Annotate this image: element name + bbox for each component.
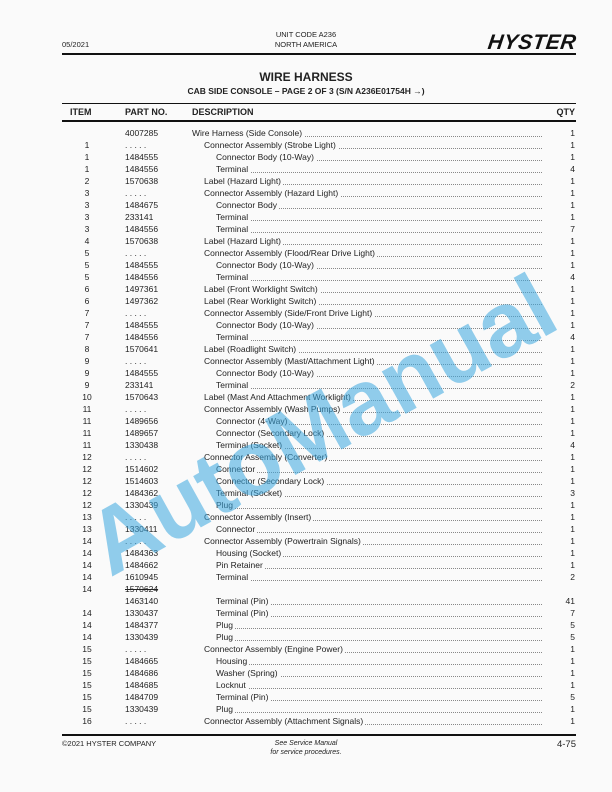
description-text: Terminal	[216, 212, 250, 222]
table-row: 141610945Terminal2	[0, 571, 612, 583]
table-row: 101570643Label (Mast And Attachment Work…	[0, 391, 612, 403]
table-row: 1. . . . .Connector Assembly (Strobe Lig…	[0, 139, 612, 151]
table-row: 11. . . . .Connector Assembly (Wash Pump…	[0, 403, 612, 415]
part-description: Connector	[216, 463, 542, 475]
table-row: 121514602Connector1	[0, 463, 612, 475]
part-number: 1484556	[125, 331, 158, 343]
item-number: 5	[62, 247, 112, 259]
table-row: 21570638Label (Hazard Light)1	[0, 175, 612, 187]
item-number: 12	[62, 463, 112, 475]
quantity: 1	[570, 523, 575, 535]
part-description: Connector Body (10-Way)	[216, 367, 542, 379]
part-description: Connector Assembly (Powertrain Signals)	[204, 535, 542, 547]
item-number: 5	[62, 259, 112, 271]
part-number: 1514603	[125, 475, 158, 487]
part-description: Connector Assembly (Insert)	[204, 511, 542, 523]
description-text: Connector Assembly (Engine Power)	[204, 644, 345, 654]
quantity: 1	[570, 235, 575, 247]
quantity: 1	[570, 175, 575, 187]
leader-dots	[216, 220, 542, 221]
item-number: 9	[62, 367, 112, 379]
part-number: 1610945	[125, 571, 158, 583]
item-number: 15	[62, 655, 112, 667]
description-text: Connector (Secondary Lock)	[216, 476, 326, 486]
part-description: Connector (Secondary Lock)	[216, 475, 542, 487]
description-text: Connector Assembly (Strobe Light)	[204, 140, 338, 150]
table-row: 71484556Terminal4	[0, 331, 612, 343]
parts-table: 4007285Wire Harness (Side Console)11. . …	[0, 127, 612, 727]
part-number: 1330439	[125, 703, 158, 715]
item-number: 14	[62, 547, 112, 559]
item-number: 9	[62, 355, 112, 367]
part-number: 1484377	[125, 619, 158, 631]
table-row: 31484556Terminal7	[0, 223, 612, 235]
part-description: Connector (4-Way)	[216, 415, 542, 427]
part-number: . . . . .	[125, 715, 146, 727]
part-description: Connector Body (10-Way)	[216, 151, 542, 163]
item-number: 1	[62, 139, 112, 151]
description-text: Terminal	[216, 572, 250, 582]
part-description: Label (Front Worklight Switch)	[204, 283, 542, 295]
leader-dots	[216, 532, 542, 533]
column-header-part-no: PART NO.	[125, 107, 167, 117]
leader-dots	[216, 580, 542, 581]
quantity: 5	[570, 631, 575, 643]
quantity: 1	[570, 655, 575, 667]
description-text: Plug	[216, 620, 235, 630]
quantity: 1	[570, 343, 575, 355]
quantity: 1	[570, 403, 575, 415]
table-row: 111489656Connector (4-Way)1	[0, 415, 612, 427]
part-number: 1330439	[125, 499, 158, 511]
description-text: Label (Rear Worklight Switch)	[204, 296, 318, 306]
part-description: Connector Assembly (Hazard Light)	[204, 187, 542, 199]
quantity: 1	[570, 127, 575, 139]
part-description: Connector Assembly (Attachment Signals)	[204, 715, 542, 727]
description-text: Washer (Spring)	[216, 668, 280, 678]
part-number: 1484685	[125, 679, 158, 691]
quantity: 1	[570, 211, 575, 223]
part-number: 1484555	[125, 319, 158, 331]
quantity: 1	[570, 415, 575, 427]
quantity: 1	[570, 475, 575, 487]
quantity: 4	[570, 163, 575, 175]
description-text: Terminal (Pin)	[216, 692, 270, 702]
footer-note: See Service Manual for service procedure…	[0, 739, 612, 757]
quantity: 1	[570, 547, 575, 559]
part-number: 1484555	[125, 367, 158, 379]
table-row: 121330439Plug1	[0, 499, 612, 511]
part-number: 1570638	[125, 235, 158, 247]
table-row: 11484555Connector Body (10-Way)1	[0, 151, 612, 163]
leader-dots	[216, 640, 542, 641]
description-text	[216, 584, 218, 594]
part-description: Locknut	[216, 679, 542, 691]
item-number: 8	[62, 343, 112, 355]
table-row: 151484686Washer (Spring)1	[0, 667, 612, 679]
quantity: 2	[570, 379, 575, 391]
part-number: 1489657	[125, 427, 158, 439]
quantity: 1	[570, 283, 575, 295]
part-number: . . . . .	[125, 307, 146, 319]
item-number: 11	[62, 439, 112, 451]
quantity: 1	[570, 427, 575, 439]
item-number: 11	[62, 403, 112, 415]
leader-dots	[216, 340, 542, 341]
part-number: . . . . .	[125, 187, 146, 199]
part-description: Terminal	[216, 571, 542, 583]
item-number: 15	[62, 643, 112, 655]
description-text: Connector Assembly (Powertrain Signals)	[204, 536, 363, 546]
description-text: Terminal	[216, 332, 250, 342]
description-text: Connector Assembly (Side/Front Drive Lig…	[204, 308, 374, 318]
description-text: Plug	[216, 704, 235, 714]
item-number: 1	[62, 151, 112, 163]
part-description: Pin Retainer	[216, 559, 542, 571]
item-number: 14	[62, 631, 112, 643]
description-text: Connector Assembly (Wash Pumps)	[204, 404, 342, 414]
part-description: Housing	[216, 655, 542, 667]
part-number: 1484665	[125, 655, 158, 667]
hyster-logo: HYSTER	[486, 31, 578, 55]
quantity: 1	[570, 247, 575, 259]
part-description: Terminal	[216, 163, 542, 175]
leader-dots	[216, 172, 542, 173]
part-number: 1463140	[125, 595, 158, 607]
table-row: 91484555Connector Body (10-Way)1	[0, 367, 612, 379]
part-description: Terminal (Pin)	[216, 691, 542, 703]
quantity: 4	[570, 331, 575, 343]
leader-dots	[216, 232, 542, 233]
item-number: 9	[62, 379, 112, 391]
quantity: 1	[570, 643, 575, 655]
description-text: Terminal	[216, 272, 250, 282]
table-row: 141330439Plug5	[0, 631, 612, 643]
table-row: 151484709Terminal (Pin)5	[0, 691, 612, 703]
description-text: Connector Assembly (Flood/Rear Drive Lig…	[204, 248, 377, 258]
part-description: Plug	[216, 499, 542, 511]
item-number: 11	[62, 427, 112, 439]
description-text: Terminal	[216, 164, 250, 174]
item-number: 7	[62, 319, 112, 331]
description-text: Label (Hazard Light)	[204, 176, 283, 186]
description-text: Terminal (Pin)	[216, 608, 270, 618]
description-text: Wire Harness (Side Console)	[192, 128, 304, 138]
part-description: Terminal	[216, 223, 542, 235]
quantity: 1	[570, 463, 575, 475]
quantity: 2	[570, 571, 575, 583]
item-number: 3	[62, 223, 112, 235]
item-number: 6	[62, 295, 112, 307]
table-row: 1463140Terminal (Pin)41	[0, 595, 612, 607]
quantity: 1	[570, 535, 575, 547]
part-description: Connector Assembly (Engine Power)	[204, 643, 542, 655]
part-number: 1484363	[125, 547, 158, 559]
description-text: Connector Body (10-Way)	[216, 368, 316, 378]
leader-dots	[216, 508, 542, 509]
table-row: 51484556Terminal4	[0, 271, 612, 283]
part-description: Label (Roadlight Switch)	[204, 343, 542, 355]
description-text: Connector Assembly (Converter)	[204, 452, 329, 462]
quantity: 1	[570, 679, 575, 691]
description-text: Connector Body	[216, 200, 279, 210]
table-row: 111489657Connector (Secondary Lock)1	[0, 427, 612, 439]
description-text: Connector (4-Way)	[216, 416, 289, 426]
quantity: 1	[570, 151, 575, 163]
footer-note-line2: for service procedures.	[0, 748, 612, 757]
part-number: 1330439	[125, 631, 158, 643]
table-row: 15. . . . .Connector Assembly (Engine Po…	[0, 643, 612, 655]
item-number: 14	[62, 583, 112, 595]
quantity: 5	[570, 691, 575, 703]
item-number: 7	[62, 331, 112, 343]
part-description: Label (Rear Worklight Switch)	[204, 295, 542, 307]
item-number: 11	[62, 415, 112, 427]
quantity: 1	[570, 559, 575, 571]
leader-dots	[216, 628, 542, 629]
description-text: Connector Body (10-Way)	[216, 260, 316, 270]
part-description: Label (Hazard Light)	[204, 175, 542, 187]
quantity: 1	[570, 355, 575, 367]
item-number: 7	[62, 307, 112, 319]
part-description: Terminal	[216, 211, 542, 223]
table-row: 11484556Terminal4	[0, 163, 612, 175]
table-row: 141330437Terminal (Pin)7	[0, 607, 612, 619]
part-number: 1497362	[125, 295, 158, 307]
leader-dots	[216, 712, 542, 713]
item-number: 16	[62, 715, 112, 727]
quantity: 1	[570, 199, 575, 211]
page-title: WIRE HARNESS	[0, 70, 612, 84]
part-description: Terminal (Pin)	[216, 595, 542, 607]
leader-dots	[216, 280, 542, 281]
quantity: 1	[570, 391, 575, 403]
part-description: Connector Assembly (Flood/Rear Drive Lig…	[204, 247, 542, 259]
table-row: 41570638Label (Hazard Light)1	[0, 235, 612, 247]
table-row: 151484685Locknut1	[0, 679, 612, 691]
part-description: Terminal	[216, 331, 542, 343]
part-number: 1570641	[125, 343, 158, 355]
table-row: 121514603Connector (Secondary Lock)1	[0, 475, 612, 487]
quantity: 1	[570, 499, 575, 511]
table-row: 121484362Terminal (Socket)3	[0, 487, 612, 499]
table-row: 31484675Connector Body1	[0, 199, 612, 211]
part-description	[216, 583, 542, 595]
part-number: 1330438	[125, 439, 158, 451]
page-subtitle: CAB SIDE CONSOLE – PAGE 2 OF 3 (S/N A236…	[0, 86, 612, 96]
leader-dots	[216, 388, 542, 389]
quantity: 1	[570, 295, 575, 307]
part-description: Connector Assembly (Mast/Attachment Ligh…	[204, 355, 542, 367]
item-number: 15	[62, 679, 112, 691]
part-number: . . . . .	[125, 355, 146, 367]
description-text: Terminal (Socket)	[216, 440, 284, 450]
part-description: Connector Assembly (Strobe Light)	[204, 139, 542, 151]
quantity: 1	[570, 667, 575, 679]
item-number: 13	[62, 511, 112, 523]
description-text: Locknut	[216, 680, 248, 690]
table-row: 141484363Housing (Socket)1	[0, 547, 612, 559]
part-number: 1514602	[125, 463, 158, 475]
quantity: 3	[570, 487, 575, 499]
leader-dots	[216, 472, 542, 473]
table-row: 141484662Pin Retainer1	[0, 559, 612, 571]
quantity: 1	[570, 367, 575, 379]
part-number: 1330411	[125, 523, 157, 535]
description-text: Connector Assembly (Mast/Attachment Ligh…	[204, 356, 377, 366]
table-row: 151330439Plug1	[0, 703, 612, 715]
quantity: 7	[570, 607, 575, 619]
column-header-item: ITEM	[70, 107, 92, 117]
table-row: 3233141Terminal1	[0, 211, 612, 223]
item-number: 3	[62, 187, 112, 199]
quantity: 5	[570, 619, 575, 631]
description-text: Plug	[216, 500, 235, 510]
table-row: 51484555Connector Body (10-Way)1	[0, 259, 612, 271]
table-row: 141570624	[0, 583, 612, 595]
part-number: 1484555	[125, 151, 158, 163]
description-text: Connector Body (10-Way)	[216, 152, 316, 162]
description-text: Housing (Socket)	[216, 548, 283, 558]
item-number: 14	[62, 571, 112, 583]
part-description: Plug	[216, 631, 542, 643]
item-number: 5	[62, 271, 112, 283]
part-number: 1484555	[125, 259, 158, 271]
table-row: 61497362Label (Rear Worklight Switch)1	[0, 295, 612, 307]
item-number: 4	[62, 235, 112, 247]
table-row: 141484377Plug5	[0, 619, 612, 631]
description-text: Label (Front Worklight Switch)	[204, 284, 320, 294]
part-number: 4007285	[125, 127, 158, 139]
part-number: 1484556	[125, 223, 158, 235]
part-description: Terminal	[216, 271, 542, 283]
quantity: 1	[570, 511, 575, 523]
table-row: 16. . . . .Connector Assembly (Attachmen…	[0, 715, 612, 727]
part-number: 1484686	[125, 667, 158, 679]
table-row: 61497361Label (Front Worklight Switch)1	[0, 283, 612, 295]
table-row: 131330411Connector1	[0, 523, 612, 535]
description-text: Pin Retainer	[216, 560, 265, 570]
table-row: 3. . . . .Connector Assembly (Hazard Lig…	[0, 187, 612, 199]
description-text: Label (Mast And Attachment Worklight)	[204, 392, 353, 402]
part-number: . . . . .	[125, 511, 146, 523]
item-number: 13	[62, 523, 112, 535]
description-text: Connector	[216, 464, 257, 474]
item-number: 14	[62, 607, 112, 619]
part-description: Terminal (Pin)	[216, 607, 542, 619]
item-number: 15	[62, 667, 112, 679]
item-number: 15	[62, 691, 112, 703]
quantity: 1	[570, 703, 575, 715]
description-text: Connector (Secondary Lock)	[216, 428, 326, 438]
table-row: 71484555Connector Body (10-Way)1	[0, 319, 612, 331]
table-header-top-rule	[62, 103, 576, 104]
part-description: Label (Hazard Light)	[204, 235, 542, 247]
part-number: 1484675	[125, 199, 158, 211]
description-text: Connector	[216, 524, 257, 534]
part-number: 233141	[125, 211, 153, 223]
description-text: Plug	[216, 632, 235, 642]
part-number: 233141	[125, 379, 153, 391]
part-description: Connector Assembly (Side/Front Drive Lig…	[204, 307, 542, 319]
part-number: 1570643	[125, 391, 158, 403]
part-description: Terminal	[216, 379, 542, 391]
item-number: 12	[62, 499, 112, 511]
description-text: Connector Assembly (Attachment Signals)	[204, 716, 365, 726]
table-row: 12. . . . .Connector Assembly (Converter…	[0, 451, 612, 463]
table-row: 151484665Housing1	[0, 655, 612, 667]
part-description: Housing (Socket)	[216, 547, 542, 559]
part-number: . . . . .	[125, 535, 146, 547]
part-description: Terminal (Socket)	[216, 487, 542, 499]
item-number: 14	[62, 535, 112, 547]
quantity: 1	[570, 715, 575, 727]
part-description: Plug	[216, 619, 542, 631]
quantity: 7	[570, 223, 575, 235]
description-text: Terminal	[216, 224, 250, 234]
part-description: Label (Mast And Attachment Worklight)	[204, 391, 542, 403]
part-description: Terminal (Socket)	[216, 439, 542, 451]
item-number: 12	[62, 487, 112, 499]
leader-dots	[216, 664, 542, 665]
description-text: Label (Hazard Light)	[204, 236, 283, 246]
table-row: 4007285Wire Harness (Side Console)1	[0, 127, 612, 139]
table-row: 9. . . . .Connector Assembly (Mast/Attac…	[0, 355, 612, 367]
part-number: 1489656	[125, 415, 158, 427]
table-header-bottom-rule	[62, 120, 576, 122]
part-description: Connector (Secondary Lock)	[216, 427, 542, 439]
description-text: Connector Assembly (Hazard Light)	[204, 188, 340, 198]
item-number: 3	[62, 211, 112, 223]
item-number: 12	[62, 475, 112, 487]
part-number: 1570638	[125, 175, 158, 187]
quantity: 1	[570, 187, 575, 199]
table-row: 111330438Terminal (Socket)4	[0, 439, 612, 451]
part-number: 1484709	[125, 691, 158, 703]
quantity: 1	[570, 319, 575, 331]
part-description: Connector Assembly (Converter)	[204, 451, 542, 463]
part-description: Plug	[216, 703, 542, 715]
column-header-qty: QTY	[556, 107, 575, 117]
part-number: . . . . .	[125, 451, 146, 463]
part-number: 1330437	[125, 607, 158, 619]
part-number: . . . . .	[125, 403, 146, 415]
part-description: Washer (Spring)	[216, 667, 542, 679]
description-text: Terminal (Socket)	[216, 488, 284, 498]
quantity: 4	[570, 271, 575, 283]
column-header-description: DESCRIPTION	[192, 107, 254, 117]
table-row: 7. . . . .Connector Assembly (Side/Front…	[0, 307, 612, 319]
part-number: 1497361	[125, 283, 158, 295]
description-text: Terminal (Pin)	[216, 596, 270, 606]
quantity: 1	[570, 451, 575, 463]
part-number: . . . . .	[125, 139, 146, 151]
item-number: 10	[62, 391, 112, 403]
quantity: 1	[570, 139, 575, 151]
quantity: 41	[566, 595, 575, 607]
item-number: 1	[62, 163, 112, 175]
quantity: 4	[570, 439, 575, 451]
part-number: 1570624	[125, 583, 158, 595]
footer-note-line1: See Service Manual	[0, 739, 612, 748]
part-number: 1484556	[125, 271, 158, 283]
item-number: 6	[62, 283, 112, 295]
table-row: 13. . . . .Connector Assembly (Insert)1	[0, 511, 612, 523]
part-description: Connector Body	[216, 199, 542, 211]
table-row: 14. . . . .Connector Assembly (Powertrai…	[0, 535, 612, 547]
quantity: 1	[570, 259, 575, 271]
description-text: Connector Body (10-Way)	[216, 320, 316, 330]
